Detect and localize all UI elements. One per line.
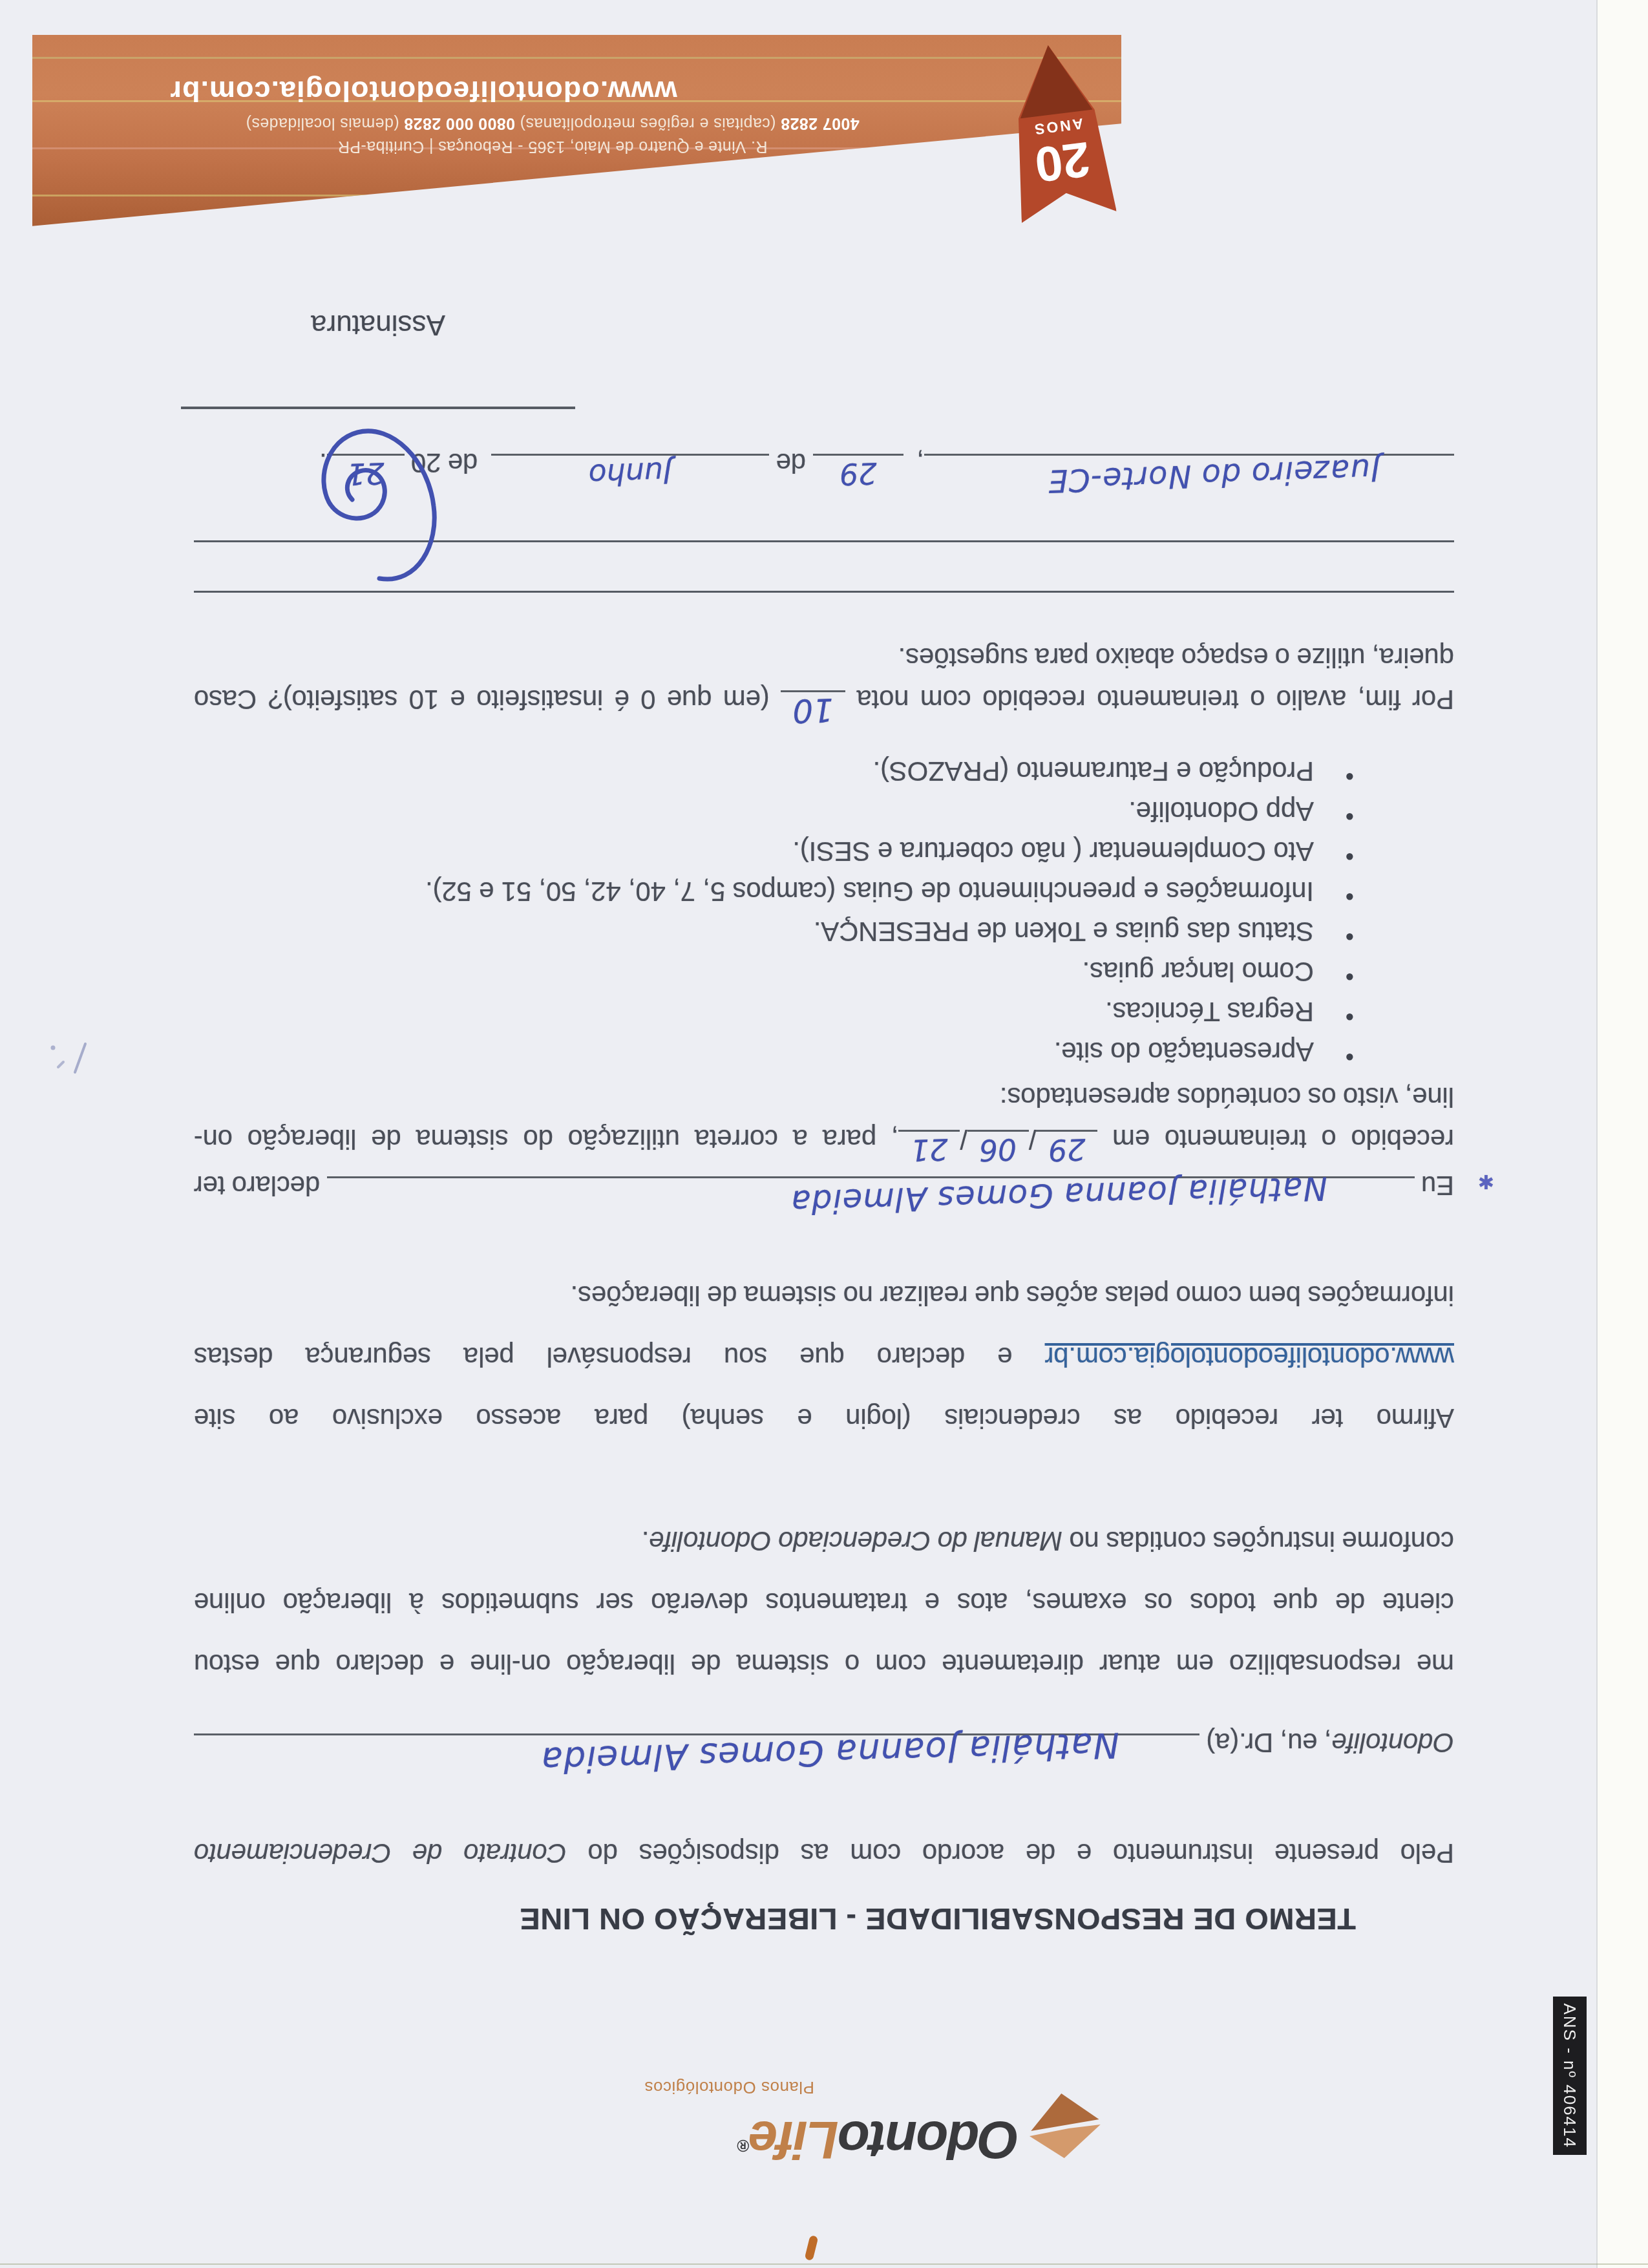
bullet-icon: •: [1346, 882, 1354, 909]
handwritten-score: 10: [792, 690, 834, 730]
handwritten-day: 29: [1048, 1130, 1086, 1170]
p1-line5: conforme instruções contidas no Manual d…: [194, 1521, 1454, 1560]
paper-top-edge: [0, 2263, 1648, 2265]
signature-line: [181, 407, 575, 409]
signature-label: Assinatura: [181, 308, 575, 341]
list-item: •Status das guias e Token de PRESENÇA.: [191, 907, 1354, 947]
handwritten-trainee-name: Nathália Joanna Gomes Almeida: [790, 1169, 1327, 1222]
city-blank: Juazeiro do Norte-CE: [924, 454, 1454, 487]
p2-line3: informações bem como pelas ações que rea…: [194, 1276, 1454, 1315]
p3-line3: line, visto os conteúdos apresentados:: [194, 1077, 1454, 1116]
manual-name-italic: Manual do Credenciado Odontolife: [649, 1526, 1062, 1556]
bullet-icon: •: [1346, 1002, 1354, 1030]
handwritten-signature: [301, 396, 456, 590]
bullet-icon: •: [1346, 801, 1354, 829]
score-blank: 10: [781, 690, 845, 723]
training-year-blank: 21: [898, 1130, 960, 1163]
scan-artifact-line: [32, 57, 1121, 59]
date-month-blank: Junho: [491, 454, 769, 487]
handwritten-year: 21: [910, 1130, 949, 1170]
handwritten-city: Juazeiro do Norte-CE: [1047, 450, 1380, 500]
footer-banner: R. Vinte e Quatro de Maio, 1365 - Rebouç…: [32, 35, 1121, 232]
pen-asterisk-mark: ✱: [1478, 1161, 1494, 1200]
list-item: •Produção e Faturamento (PRAZOS).: [191, 747, 1354, 787]
handwritten-date-month: Junho: [588, 453, 672, 494]
doctor-name-blank: Nathália Joanna Gomes Almeida: [194, 1733, 1199, 1766]
trainee-name-blank: Nathália Joanna Gomes Almeida: [327, 1176, 1415, 1209]
logo-life: Life: [750, 2110, 839, 2169]
paper-edge-line: [1596, 0, 1598, 2268]
logo-tagline: Planos Odontológicos: [644, 2077, 838, 2097]
scanner-background-strip: [1598, 0, 1648, 2268]
rotated-page: ANS - nº 406414 OdontoLife® Planos Odont…: [0, 0, 1648, 2268]
contract-name-italic: Contrato de Credenciamento: [194, 1838, 567, 1869]
logo-wordmark: OdontoLife®: [739, 2109, 1019, 2170]
scanned-document: ANS - nº 406414 OdontoLife® Planos Odont…: [0, 0, 1648, 2268]
odontolife-diamond-icon: [1030, 2093, 1102, 2158]
footer-url: www.odontolifeodontologia.com.br: [36, 74, 811, 108]
list-item: •Como lançar guias.: [191, 947, 1354, 987]
footer-phones: 4007 2828 (capitais e regiões metropolit…: [171, 114, 934, 132]
suggestion-line-1: [194, 591, 1454, 593]
training-month-blank: 06: [967, 1130, 1029, 1163]
handwritten-month: 06: [978, 1130, 1017, 1170]
handwritten-date-day: 29: [838, 454, 877, 494]
phone-capitals: 4007 2828: [781, 114, 860, 132]
p1-name-line: Odontolife, eu, Dr.(a) Nathália Joanna G…: [194, 1723, 1454, 1766]
logo-odonto: Odonto: [839, 2110, 1019, 2169]
scan-artifact-line: [32, 195, 1121, 196]
training-day-blank: 29: [1036, 1130, 1097, 1163]
bullet-icon: •: [1346, 842, 1354, 869]
list-item: •Regras Técnicas.: [191, 987, 1354, 1027]
ink-smudge-artifact: [805, 2235, 819, 2261]
bullet-icon: •: [1346, 1042, 1354, 1070]
list-item: •Informações e preenchimento de Guias (c…: [191, 867, 1354, 907]
footer-address: R. Vinte e Quatro de Maio, 1365 - Rebouç…: [171, 137, 934, 156]
list-item: •Apresentação do site.: [191, 1027, 1354, 1067]
phone-toll-free: 0800 000 2828: [404, 114, 515, 132]
p3-name-line: ✱ Eu Nathália Joanna Gomes Almeida decla…: [194, 1166, 1454, 1209]
list-item: •App Odontolife.: [191, 787, 1354, 827]
bullet-icon: •: [1346, 962, 1354, 990]
bullet-icon: •: [1346, 761, 1354, 789]
ans-registry-badge: ANS - nº 406414: [1553, 1997, 1587, 2155]
handwritten-doctor-name: Nathália Joanna Gomes Almeida: [540, 1725, 1119, 1779]
page-title: TERMO DE RESPONSABILIDADE - LIBERAÇÃO ON…: [520, 1902, 1356, 1937]
ans-code: ANS - nº 406414: [1560, 2003, 1580, 2148]
date-day-blank: 29: [813, 454, 903, 487]
odontolife-logo: OdontoLife® Planos Odontológicos: [611, 2043, 1102, 2172]
site-url-link: www.odontolifeodontologia.com.br: [1045, 1342, 1454, 1372]
p1-line1: Pelo presente instrumento e de acordo co…: [194, 1795, 1454, 1872]
bullet-icon: •: [1346, 922, 1354, 949]
margin-pen-marks: [40, 1036, 92, 1081]
training-topics-list: •Apresentação do site. •Regras Técnicas.…: [191, 747, 1354, 1067]
list-item: •Ato Complementar ( não cobertura e SESI…: [191, 827, 1354, 867]
p4-line2: queira, utilize o espaço abaixo para sug…: [194, 638, 1454, 677]
registered-mark: ®: [739, 2136, 750, 2156]
